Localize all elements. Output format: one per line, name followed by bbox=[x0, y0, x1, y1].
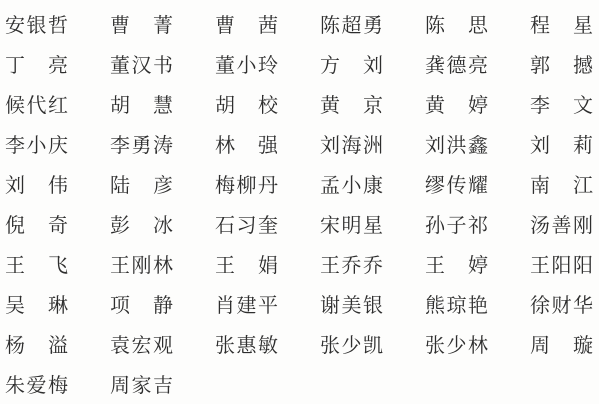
name-cell: 谢美银 bbox=[320, 285, 383, 325]
name-cell: 李小庆 bbox=[5, 125, 68, 165]
person-name: 董汉书 bbox=[110, 54, 173, 76]
person-name: 陈超勇 bbox=[320, 14, 383, 36]
person-name: 丁亮 bbox=[5, 54, 68, 76]
name-cell: 王娟 bbox=[215, 245, 278, 285]
name-cell: 王飞 bbox=[5, 245, 68, 285]
person-name: 吴琳 bbox=[5, 294, 68, 316]
name-cell: 孟小康 bbox=[320, 165, 383, 205]
person-name: 孟小康 bbox=[320, 174, 383, 196]
name-cell: 吴琳 bbox=[5, 285, 68, 325]
name-cell: 石习奎 bbox=[215, 205, 278, 245]
person-name: 李文 bbox=[530, 94, 593, 116]
person-name: 李小庆 bbox=[5, 134, 68, 156]
person-name: 周家吉 bbox=[110, 374, 173, 396]
name-cell: 汤善刚 bbox=[530, 205, 593, 245]
name-cell: 李文 bbox=[530, 85, 593, 125]
name-cell: 胡校 bbox=[215, 85, 278, 125]
name-cell: 安银哲 bbox=[5, 5, 68, 45]
person-name: 熊琼艳 bbox=[425, 294, 488, 316]
person-name: 王乔乔 bbox=[320, 254, 383, 276]
person-name: 彭冰 bbox=[110, 214, 173, 236]
name-cell: 候代红 bbox=[5, 85, 68, 125]
person-name: 项静 bbox=[110, 294, 173, 316]
name-cell: 项静 bbox=[110, 285, 173, 325]
name-cell: 王婷 bbox=[425, 245, 488, 285]
name-cell: 王刚林 bbox=[110, 245, 173, 285]
name-cell: 南江 bbox=[530, 165, 593, 205]
name-cell: 程星 bbox=[530, 5, 593, 45]
person-name: 孙子祁 bbox=[425, 214, 488, 236]
name-cell: 丁亮 bbox=[5, 45, 68, 85]
name-cell: 张少凯 bbox=[320, 325, 383, 365]
person-name: 陈思 bbox=[425, 14, 488, 36]
name-cell: 陈思 bbox=[425, 5, 488, 45]
name-cell: 王阳阳 bbox=[530, 245, 593, 285]
name-cell: 方刘 bbox=[320, 45, 383, 85]
name-cell: 陆彦 bbox=[110, 165, 173, 205]
name-cell: 胡慧 bbox=[110, 85, 173, 125]
person-name: 缪传耀 bbox=[425, 174, 488, 196]
name-cell: 曹茜 bbox=[215, 5, 278, 45]
name-cell: 周璇 bbox=[530, 325, 593, 365]
person-name: 林强 bbox=[215, 134, 278, 156]
name-cell: 缪传耀 bbox=[425, 165, 488, 205]
person-name: 王娟 bbox=[215, 254, 278, 276]
person-name: 董小玲 bbox=[215, 54, 278, 76]
person-name: 胡校 bbox=[215, 94, 278, 116]
name-cell: 周家吉 bbox=[110, 365, 173, 404]
name-cell: 董汉书 bbox=[110, 45, 173, 85]
name-cell: 陈超勇 bbox=[320, 5, 383, 45]
name-cell: 刘莉 bbox=[530, 125, 593, 165]
name-cell: 黄婷 bbox=[425, 85, 488, 125]
name-cell: 徐财华 bbox=[530, 285, 593, 325]
person-name: 王飞 bbox=[5, 254, 68, 276]
person-name: 刘伟 bbox=[5, 174, 68, 196]
person-name: 候代红 bbox=[5, 94, 68, 116]
person-name: 袁宏观 bbox=[110, 334, 173, 356]
name-cell: 郭撼 bbox=[530, 45, 593, 85]
name-cell: 彭冰 bbox=[110, 205, 173, 245]
person-name: 王阳阳 bbox=[530, 254, 593, 276]
person-name: 谢美银 bbox=[320, 294, 383, 316]
person-name: 黄婷 bbox=[425, 94, 488, 116]
person-name: 王刚林 bbox=[110, 254, 173, 276]
person-name: 李勇涛 bbox=[110, 134, 173, 156]
person-name: 汤善刚 bbox=[530, 214, 593, 236]
person-name: 刘海洲 bbox=[320, 134, 383, 156]
person-name: 倪奇 bbox=[5, 214, 68, 236]
person-name: 杨溢 bbox=[5, 334, 68, 356]
person-name: 黄京 bbox=[320, 94, 383, 116]
name-cell: 张惠敏 bbox=[215, 325, 278, 365]
person-name: 梅柳丹 bbox=[215, 174, 278, 196]
name-cell: 宋明星 bbox=[320, 205, 383, 245]
person-name: 程星 bbox=[530, 14, 593, 36]
name-cell: 刘洪鑫 bbox=[425, 125, 488, 165]
name-cell: 龚德亮 bbox=[425, 45, 488, 85]
person-name: 曹菁 bbox=[110, 14, 173, 36]
person-name: 龚德亮 bbox=[425, 54, 488, 76]
person-name: 胡慧 bbox=[110, 94, 173, 116]
name-cell: 熊琼艳 bbox=[425, 285, 488, 325]
person-name: 曹茜 bbox=[215, 14, 278, 36]
name-cell: 孙子祁 bbox=[425, 205, 488, 245]
person-name: 张惠敏 bbox=[215, 334, 278, 356]
person-name: 张少林 bbox=[425, 334, 488, 356]
name-list-page: 安银哲曹菁曹茜陈超勇陈思程星丁亮董汉书董小玲方刘龚德亮郭撼候代红胡慧胡校黄京黄婷… bbox=[0, 0, 599, 404]
name-cell: 曹菁 bbox=[110, 5, 173, 45]
name-cell: 张少林 bbox=[425, 325, 488, 365]
person-name: 刘洪鑫 bbox=[425, 134, 488, 156]
name-cell: 杨溢 bbox=[5, 325, 68, 365]
person-name: 方刘 bbox=[320, 54, 383, 76]
person-name: 徐财华 bbox=[530, 294, 593, 316]
person-name: 朱爱梅 bbox=[5, 374, 68, 396]
name-cell: 李勇涛 bbox=[110, 125, 173, 165]
name-grid: 安银哲曹菁曹茜陈超勇陈思程星丁亮董汉书董小玲方刘龚德亮郭撼候代红胡慧胡校黄京黄婷… bbox=[5, 5, 599, 404]
person-name: 石习奎 bbox=[215, 214, 278, 236]
name-cell: 袁宏观 bbox=[110, 325, 173, 365]
name-cell: 刘伟 bbox=[5, 165, 68, 205]
person-name: 张少凯 bbox=[320, 334, 383, 356]
person-name: 周璇 bbox=[530, 334, 593, 356]
name-cell: 朱爱梅 bbox=[5, 365, 68, 404]
name-cell: 刘海洲 bbox=[320, 125, 383, 165]
name-cell: 倪奇 bbox=[5, 205, 68, 245]
name-cell: 黄京 bbox=[320, 85, 383, 125]
name-cell: 董小玲 bbox=[215, 45, 278, 85]
person-name: 南江 bbox=[530, 174, 593, 196]
person-name: 宋明星 bbox=[320, 214, 383, 236]
person-name: 刘莉 bbox=[530, 134, 593, 156]
name-cell: 林强 bbox=[215, 125, 278, 165]
person-name: 肖建平 bbox=[215, 294, 278, 316]
name-cell: 梅柳丹 bbox=[215, 165, 278, 205]
person-name: 郭撼 bbox=[530, 54, 593, 76]
person-name: 安银哲 bbox=[5, 14, 68, 36]
person-name: 王婷 bbox=[425, 254, 488, 276]
name-cell: 王乔乔 bbox=[320, 245, 383, 285]
name-cell: 肖建平 bbox=[215, 285, 278, 325]
person-name: 陆彦 bbox=[110, 174, 173, 196]
